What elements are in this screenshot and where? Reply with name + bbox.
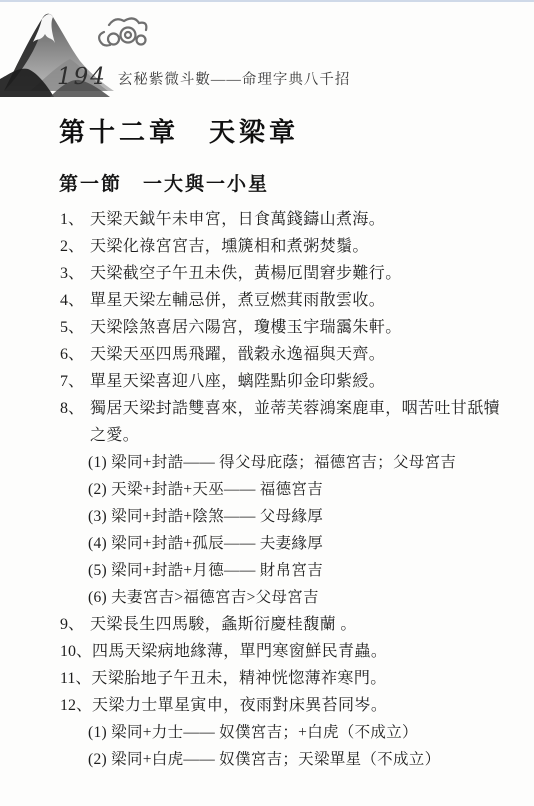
list-item: 6、 天梁天巫四馬飛躍，戩穀永逸福與天齊。 (60, 341, 506, 368)
list-item: 1、 天梁天鉞午未申宮，日食萬錢鑄山煮海。 (60, 206, 506, 233)
item-text: 天梁化祿宮宮吉，壎篪相和煮粥焚鬚。 (90, 233, 506, 260)
item-text: 單星天梁喜迎八座，螭陛點卯金印紫綬。 (90, 368, 506, 395)
page-top-edge-divider (0, 0, 534, 2)
list-item: 10、 四馬天梁病地緣薄，單門寒窗鮮民青蟲。 (60, 638, 506, 665)
cloud-motif-icon (95, 13, 149, 55)
sub-list-item: (2) 梁同+白虎—— 奴僕宮吉；天梁單星（不成立） (60, 746, 506, 773)
item-text: 天梁胎地子午丑未，精神恍惚薄祚寒門。 (91, 665, 506, 692)
item-number: 4、 (60, 287, 90, 314)
list-item: 11、 天梁胎地子午丑未，精神恍惚薄祚寒門。 (60, 665, 506, 692)
list-item: 3、 天梁截空子午丑未佚，黃楊厄閏窘步難行。 (60, 260, 506, 287)
numbered-list: 1、 天梁天鉞午未申宮，日食萬錢鑄山煮海。 2、 天梁化祿宮宮吉，壎篪相和煮粥焚… (60, 206, 506, 773)
item-text: 獨居天梁封誥雙喜來，並蒂芙蓉鴻案鹿車，咽苦吐甘舐犢之愛。 (90, 395, 506, 449)
running-header: 194 玄秘紫微斗數——命理字典八千招 (57, 64, 350, 90)
item-number: 3、 (60, 260, 90, 287)
item-text: 天梁陰煞喜居六陽宮，瓊樓玉宇瑞靄朱軒。 (90, 314, 506, 341)
sub-list-item: (1) 梁同+封誥—— 得父母庇蔭；福德宮吉；父母宮吉 (60, 449, 506, 476)
item-number: 5、 (60, 314, 90, 341)
sub-list-item: (5) 梁同+封誥+月德—— 財帛宮吉 (60, 557, 506, 584)
item-text: 天梁天巫四馬飛躍，戩穀永逸福與天齊。 (90, 341, 506, 368)
item-text: 天梁天鉞午未申宮，日食萬錢鑄山煮海。 (90, 206, 506, 233)
page-number: 194 (57, 64, 107, 90)
item-number: 10、 (60, 638, 92, 665)
item-number: 9、 (60, 611, 90, 638)
sub-list-item: (6) 夫妻宮吉>福德宮吉>父母宮吉 (60, 584, 506, 611)
item-text: 天梁截空子午丑未佚，黃楊厄閏窘步難行。 (90, 260, 506, 287)
list-item: 8、 獨居天梁封誥雙喜來，並蒂芙蓉鴻案鹿車，咽苦吐甘舐犢之愛。 (60, 395, 506, 449)
item-number: 12、 (60, 692, 92, 719)
sub-list-item: (4) 梁同+封誥+孤辰—— 夫妻緣厚 (60, 530, 506, 557)
list-item: 7、 單星天梁喜迎八座，螭陛點卯金印紫綬。 (60, 368, 506, 395)
list-item: 9、 天梁長生四馬駿，螽斯衍慶桂馥蘭 。 (60, 611, 506, 638)
item-number: 8、 (60, 395, 90, 449)
sub-list-item: (1) 梁同+力士—— 奴僕宮吉；+白虎（不成立） (60, 719, 506, 746)
list-item: 2、 天梁化祿宮宮吉，壎篪相和煮粥焚鬚。 (60, 233, 506, 260)
item-number: 1、 (60, 206, 90, 233)
sub-list-item: (2) 天梁+封誥+天巫—— 福德宮吉 (60, 476, 506, 503)
item-number: 2、 (60, 233, 90, 260)
item-number: 6、 (60, 341, 90, 368)
list-item: 12、 天梁力士單星寅申，夜雨對床異苔同岑。 (60, 692, 506, 719)
section-title: 第一節 一大與一小星 (59, 169, 269, 196)
item-text: 天梁長生四馬駿，螽斯衍慶桂馥蘭 。 (90, 611, 506, 638)
item-text: 四馬天梁病地緣薄，單門寒窗鮮民青蟲。 (92, 638, 506, 665)
list-item: 5、 天梁陰煞喜居六陽宮，瓊樓玉宇瑞靄朱軒。 (60, 314, 506, 341)
list-item: 4、 單星天梁左輔忌併，煮豆燃萁雨散雲收。 (60, 287, 506, 314)
item-number: 7、 (60, 368, 90, 395)
sub-list-item: (3) 梁同+封誥+陰煞—— 父母緣厚 (60, 503, 506, 530)
chapter-title: 第十二章 天梁章 (59, 112, 299, 149)
item-text: 單星天梁左輔忌併，煮豆燃萁雨散雲收。 (90, 287, 506, 314)
item-number: 11、 (60, 665, 91, 692)
book-page: 194 玄秘紫微斗數——命理字典八千招 第十二章 天梁章 第一節 一大與一小星 … (0, 0, 534, 806)
item-text: 天梁力士單星寅申，夜雨對床異苔同岑。 (92, 692, 506, 719)
book-title: 玄秘紫微斗數——命理字典八千招 (118, 68, 351, 89)
